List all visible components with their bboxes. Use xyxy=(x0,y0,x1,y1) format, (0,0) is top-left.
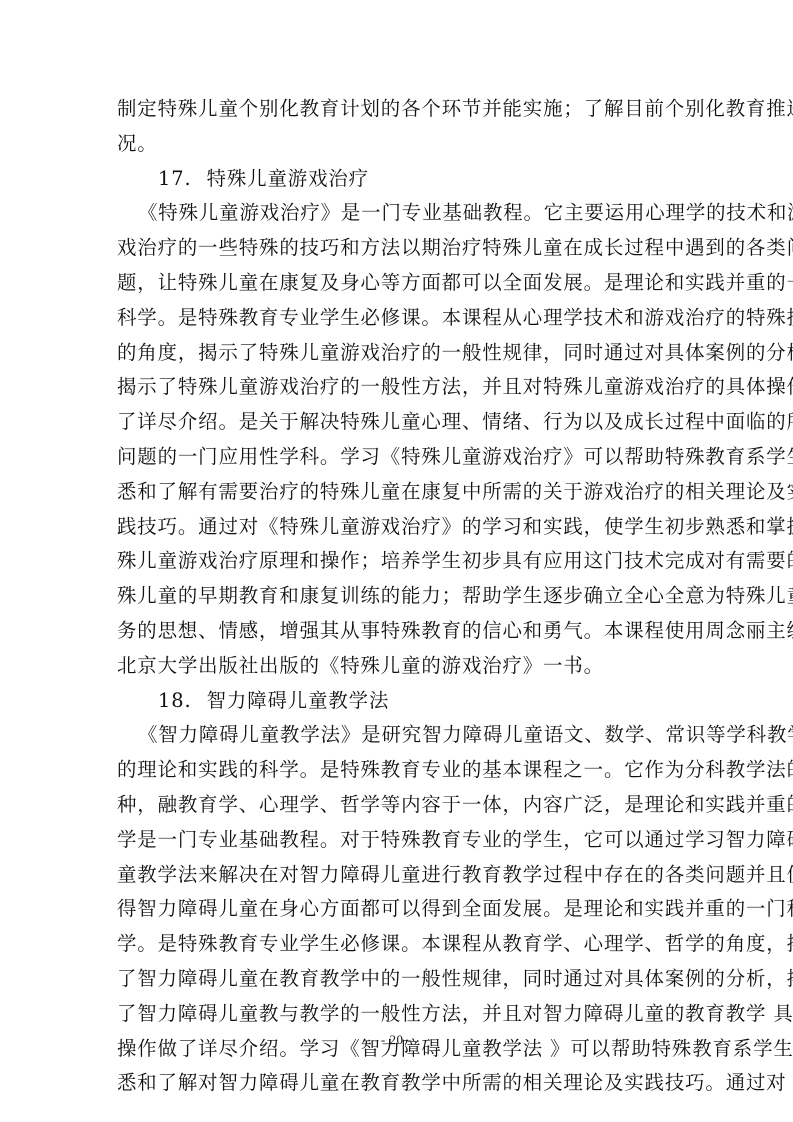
text-line: 学。是特殊教育专业学生必修课。本课程从教育学、心理学、哲学的角度，揭示 xyxy=(117,927,677,962)
text-line: 戏治疗的一些特殊的技巧和方法以期治疗特殊儿童在成长过程中遇到的各类问 xyxy=(117,231,677,266)
text-line: 悉和了解有需要治疗的特殊儿童在康复中所需的关于游戏治疗的相关理论及实 xyxy=(117,475,677,510)
text-line: 了智力障碍儿童教与教学的一般性方法，并且对智力障碍儿童的教育教学 具体 xyxy=(117,997,677,1032)
text-line: 科学。是特殊教育专业学生必修课。本课程从心理学技术和游戏治疗的特殊技巧 xyxy=(117,301,677,336)
text-line: 务的思想、情感，增强其从事特殊教育的信心和勇气。本课程使用周念丽主编， xyxy=(117,614,677,649)
text-line: 揭示了特殊儿童游戏治疗的一般性方法，并且对特殊儿童游戏治疗的具体操作做 xyxy=(117,370,677,405)
section-title: 特殊儿童游戏治疗 xyxy=(207,167,369,190)
page-number: - 20 - xyxy=(0,1032,793,1048)
text-line: 北京大学出版社出版的《特殊儿童的游戏治疗》一书。 xyxy=(117,649,677,684)
text-line: 《特殊儿童游戏治疗》是一门专业基础教程。它主要运用心理学的技术和游 xyxy=(117,196,677,231)
text-line: 童教学法来解决在对智力障碍儿童进行教育教学过程中存在的各类问题并且使 xyxy=(117,858,677,893)
text-line: 了详尽介绍。是关于解决特殊儿童心理、情绪、行为以及成长过程中面临的所有 xyxy=(117,405,677,440)
text-line: 《智力障碍儿童教学法》是研究智力障碍儿童语文、数学、常识等学科教学 xyxy=(117,718,677,753)
text-line: 殊儿童的早期教育和康复训练的能力；帮助学生逐步确立全心全意为特殊儿童服 xyxy=(117,579,677,614)
text-line: 制定特殊儿童个别化教育计划的各个环节并能实施；了解目前个别化教育推进概 xyxy=(117,92,677,127)
text-line: 践技巧。通过对《特殊儿童游戏治疗》的学习和实践，使学生初步熟悉和掌握特 xyxy=(117,510,677,545)
text-line: 得智力障碍儿童在身心方面都可以得到全面发展。是理论和实践并重的一门科 xyxy=(117,892,677,927)
page-body: 制定特殊儿童个别化教育计划的各个环节并能实施；了解目前个别化教育推进概 况。 1… xyxy=(117,92,677,1101)
section-number: 18. xyxy=(158,689,192,712)
text-line: 问题的一门应用性学科。学习《特殊儿童游戏治疗》可以帮助特殊教育系学生熟 xyxy=(117,440,677,475)
section-number: 17. xyxy=(158,167,192,190)
text-line: 殊儿童游戏治疗原理和操作；培养学生初步具有应用这门技术完成对有需要的特 xyxy=(117,544,677,579)
section-heading-17: 17. 特殊儿童游戏治疗 xyxy=(117,162,677,197)
text-line: 了智力障碍儿童在教育教学中的一般性规律，同时通过对具体案例的分析，揭示 xyxy=(117,962,677,997)
section-heading-18: 18. 智力障碍儿童教学法 xyxy=(117,684,677,719)
document-page: 制定特殊儿童个别化教育计划的各个环节并能实施；了解目前个别化教育推进概 况。 1… xyxy=(0,0,793,1122)
section-title: 智力障碍儿童教学法 xyxy=(207,689,390,712)
text-line: 种，融教育学、心理学、哲学等内容于一体，内容广泛，是理论和实践并重的科 xyxy=(117,788,677,823)
text-line: 的角度，揭示了特殊儿童游戏治疗的一般性规律，同时通过对具体案例的分析， xyxy=(117,336,677,371)
text-line: 学是一门专业基础教程。对于特殊教育专业的学生，它可以通过学习智力障碍儿 xyxy=(117,823,677,858)
text-line: 的理论和实践的科学。是特殊教育专业的基本课程之一。它作为分科教学法的一 xyxy=(117,753,677,788)
text-line: 题，让特殊儿童在康复及身心等方面都可以全面发展。是理论和实践并重的一门 xyxy=(117,266,677,301)
text-line: 况。 xyxy=(117,127,677,162)
text-line: 悉和了解对智力障碍儿童在教育教学中所需的相关理论及实践技巧。通过对《智 xyxy=(117,1066,677,1101)
